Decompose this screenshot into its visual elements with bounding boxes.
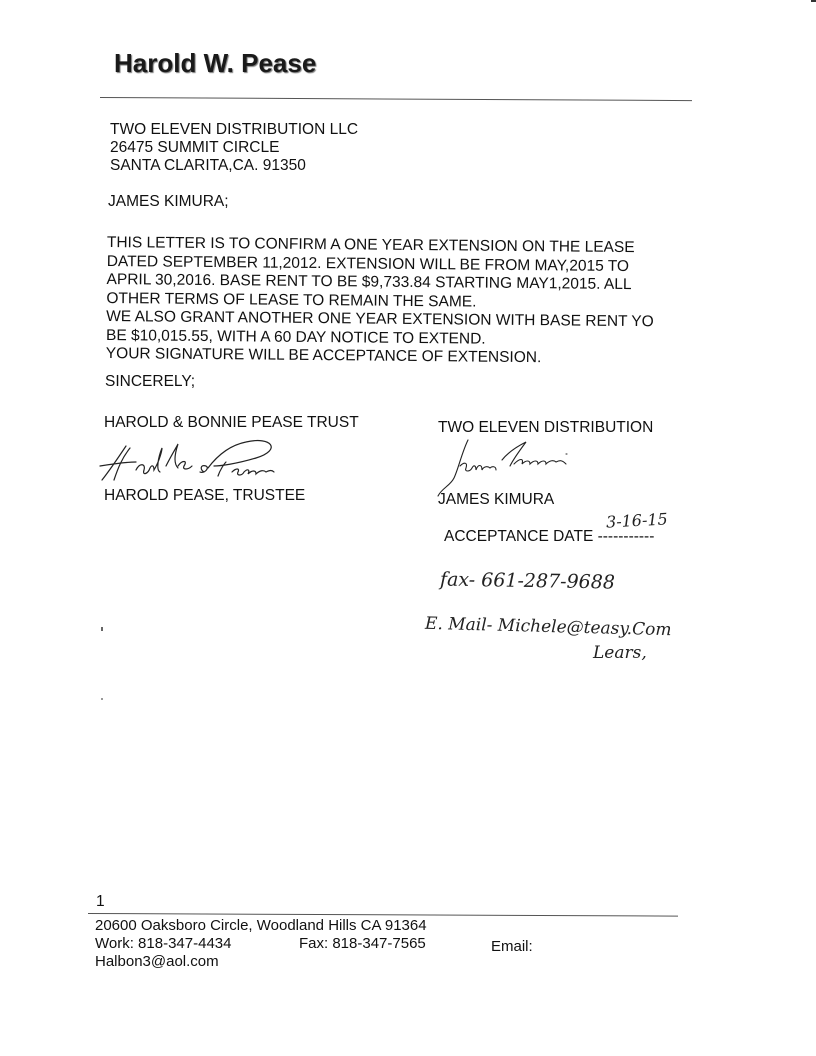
page-number: 1 [96,893,105,911]
salutation: JAMES KIMURA; [108,193,229,211]
header-divider [100,97,692,101]
recipient-company: TWO ELEVEN DISTRIBUTION LLC [110,121,358,139]
scan-speck [101,627,103,631]
acceptance-date-handwritten: 3-16-15 [606,509,669,531]
lessor-signature-block: HAROLD & BONNIE PEASE TRUST [104,414,359,432]
handwritten-email: E. Mail- Michele@teasy.Com [425,614,672,640]
footer-address: 20600 Oaksboro Circle, Woodland Hills CA… [95,917,427,935]
lessor-signature [96,436,306,486]
footer-email[interactable]: Halbon3@aol.com [95,953,427,971]
lessee-signature [434,438,604,498]
signature-scribble-icon [96,436,306,486]
footer-fax: Fax: 818-347-7565 [299,935,426,953]
recipient-street: 26475 SUMMIT CIRCLE [110,139,358,157]
recipient-address: TWO ELEVEN DISTRIBUTION LLC 26475 SUMMIT… [110,121,358,175]
scan-speck [101,698,103,700]
footer-email-label: Email: [491,938,533,956]
letterhead-name: Harold W. Pease [114,48,316,79]
acceptance-date-label: ACCEPTANCE DATE [444,528,593,545]
closing: SINCERELY; [105,373,195,391]
lessor-entity: HAROLD & BONNIE PEASE TRUST [104,414,359,432]
letter-body: THIS LETTER IS TO CONFIRM A ONE YEAR EXT… [106,234,655,369]
footer-phone-row: Work: 818-347-4434 Fax: 818-347-7565 Ema… [95,935,427,953]
handwritten-fax: fax- 661-287-9688 [440,568,615,593]
lessee-entity: TWO ELEVEN DISTRIBUTION [438,419,653,437]
scan-speck [811,0,816,2]
signature-scribble-icon [434,438,604,498]
recipient-city: SANTA CLARITA,CA. 91350 [110,157,358,175]
lessee-signature-block: TWO ELEVEN DISTRIBUTION [438,419,653,437]
footer-work-phone: Work: 818-347-4434 [95,935,231,953]
footer-contact: 20600 Oaksboro Circle, Woodland Hills CA… [95,917,427,971]
lessor-signer: HAROLD PEASE, TRUSTEE [104,487,305,505]
body-line: YOUR SIGNATURE WILL BE ACCEPTANCE OF EXT… [106,345,654,369]
lessee-signer: JAMES KIMURA [438,491,554,509]
handwritten-email-continued: Lears, [593,643,647,663]
